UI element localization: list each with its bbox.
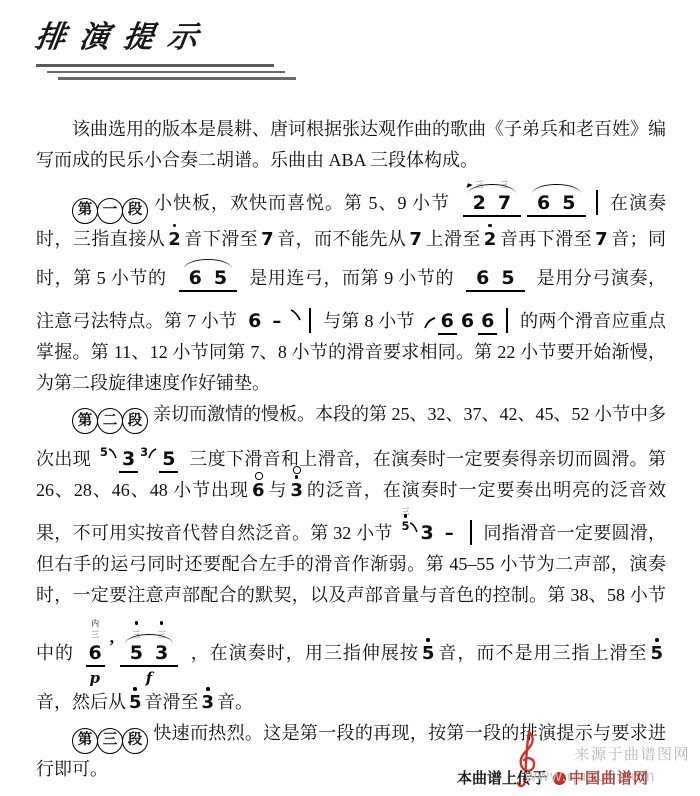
notation-measure-7: 6– [246, 294, 314, 333]
badge-char: 段 [122, 728, 148, 754]
section-1-paragraph: 第一段小快板，欢快而喜悦。第 5、9 小节 三2三765 在演奏时，三指直接从2… [36, 176, 666, 399]
slide-up-icon [148, 448, 157, 459]
note-pair: 65 [527, 194, 585, 217]
note-7: 7 [595, 231, 608, 249]
title-underline-2 [47, 71, 285, 74]
grace-note: 5 [100, 447, 108, 459]
note-high-2: 2 [168, 231, 181, 249]
watermark-source: 来源于曲谱图网 [574, 743, 690, 764]
note: 5 [562, 194, 575, 213]
grace-note: 3 [140, 447, 148, 459]
page-title: 排演提示 [33, 12, 299, 56]
section-3-badge: 第三段 [72, 723, 147, 743]
finger-mark: 三 [91, 631, 99, 639]
note: 6 [248, 312, 261, 331]
intro-paragraph: 该曲选用的版本是晨耕、唐诃根据张达观作曲的歌曲《子弟兵和老百姓》编写而成的民乐小… [36, 114, 666, 176]
note-with-dynamic: 三5三3f [117, 644, 181, 667]
dynamic-f: f [146, 671, 152, 686]
finger-mark: 三 [132, 631, 140, 639]
slide-down-icon [290, 308, 302, 321]
note: 5 [159, 450, 178, 473]
barline-icon [506, 308, 508, 333]
dash-note: – [272, 313, 281, 331]
note-7: 7 [261, 231, 274, 249]
badge-char: 二 [97, 408, 123, 434]
notation-measure-5: 65 [176, 255, 240, 292]
watermark-upload-line: 本曲谱上传于www.qupu6.com中国曲谱网 [457, 767, 649, 788]
slide-down-icon [108, 448, 117, 459]
note-high-5: 5 [129, 694, 142, 712]
harmonic-note-high-3: 3 [290, 482, 303, 500]
text-run: 上滑至 [425, 229, 481, 249]
note-7: 7 [409, 231, 422, 249]
slide-up-icon [424, 316, 436, 329]
notation-measure-38-58: 内三6p’三5三3f [84, 611, 182, 687]
section-2-paragraph: 第二段亲切而激情的慢板。本段的第 25、32、37、42、45、52 小节中多次… [36, 399, 666, 719]
note: 5 [214, 269, 227, 288]
badge-char: 段 [122, 408, 148, 434]
badge-char: 段 [122, 198, 148, 224]
grace-note: 三5 [401, 521, 409, 533]
note: 三2 [473, 194, 486, 213]
title-underline-1 [36, 64, 274, 67]
note-high-5: 5 [422, 645, 435, 663]
text-run: 音。 [217, 692, 253, 712]
site-name: 中国曲谱网 [569, 770, 649, 787]
note-pair: 三2三7 [463, 194, 521, 217]
harmonic-note-6: 6 [252, 482, 265, 500]
barline-icon [470, 520, 472, 545]
finger-mark: 三 [401, 508, 409, 516]
barline-icon [309, 308, 311, 333]
note: 6 [478, 312, 497, 335]
breath-mark: ’ [109, 637, 115, 655]
finger-mark: 三 [158, 631, 166, 639]
note: 6 [189, 269, 202, 288]
badge-char: 第 [72, 728, 98, 754]
badge-char: 第 [72, 408, 98, 434]
note: 三3 [155, 644, 168, 663]
barline-icon [596, 190, 598, 215]
slide-down-icon [409, 522, 418, 533]
text-run: 音，而不是用三指上滑至 [437, 643, 647, 663]
dynamic-p: p [90, 671, 101, 686]
note: 三7 [498, 194, 511, 213]
note: 3 [420, 524, 433, 543]
note: 三5 [130, 644, 143, 663]
notation-measure-32: 三53– [401, 506, 474, 545]
text-run: 与 [268, 480, 288, 500]
title-underline-3 [58, 77, 296, 80]
text-run: ，在演奏时，用三指伸展按 [191, 643, 419, 663]
note: 6 [476, 269, 489, 288]
text-run: 音，而不能先从 [277, 229, 407, 249]
text-run: 音，然后从 [36, 692, 126, 712]
note-high-3: 3 [202, 694, 215, 712]
text-run: 音下滑至 [184, 229, 258, 249]
document-body: 该曲选用的版本是晨耕、唐诃根据张达观作曲的歌曲《子弟兵和老百姓》编写而成的民乐小… [36, 114, 666, 785]
notation-measure-8: 666 [424, 294, 512, 335]
document-page: 排演提示 该曲选用的版本是晨耕、唐诃根据张达观作曲的歌曲《子弟兵和老百姓》编写而… [0, 0, 700, 796]
note-pair: 65 [466, 269, 524, 292]
note: 内三6 [86, 644, 105, 667]
notation-slide-thirds: 5335 [100, 434, 181, 473]
note-pair: 三5三3 [120, 644, 178, 667]
text-run: 与第 8 小节 [323, 311, 415, 331]
note: 5 [501, 269, 514, 288]
text-run: 是用连弓，而第 9 小节的 [249, 268, 454, 288]
note: 6 [537, 194, 550, 213]
notation-measure-5-9: 三2三765 [460, 176, 601, 217]
text-run: 音再下滑至 [499, 229, 592, 249]
text-run: 该曲选用的版本是晨耕、唐诃根据张达观作曲的歌曲《子弟兵和老百姓》编写而成的民乐小… [36, 119, 666, 170]
note-pair: 65 [179, 269, 237, 292]
note: 6 [461, 312, 474, 331]
section-2-badge: 第二段 [72, 404, 147, 424]
text-run: 音滑至 [145, 692, 199, 712]
site-name-wrap: www.qupu6.com中国曲谱网 [569, 767, 649, 788]
text-run: 小快板，欢快而喜悦。第 5、9 小节 [153, 193, 450, 213]
notation-measure-9: 65 [463, 255, 527, 292]
note: 6 [438, 312, 457, 335]
badge-char: 一 [97, 198, 123, 224]
dash-note: – [445, 525, 454, 543]
note-high-2: 2 [484, 231, 497, 249]
note-with-dynamic: 内三6p [84, 644, 107, 667]
watermark-footer: 来源于曲谱图网 本曲谱上传于www.qupu6.com中国曲谱网 [457, 730, 692, 794]
finger-mark: 三 [500, 181, 508, 189]
badge-char: 三 [97, 728, 123, 754]
note-high-5: 5 [651, 645, 664, 663]
badge-char: 第 [72, 198, 98, 224]
finger-mark: 三 [475, 181, 483, 189]
title-block: 排演提示 [36, 12, 296, 80]
note: 3 [119, 450, 138, 473]
section-1-badge: 第一段 [72, 193, 147, 213]
string-mark: 内 [91, 620, 99, 628]
